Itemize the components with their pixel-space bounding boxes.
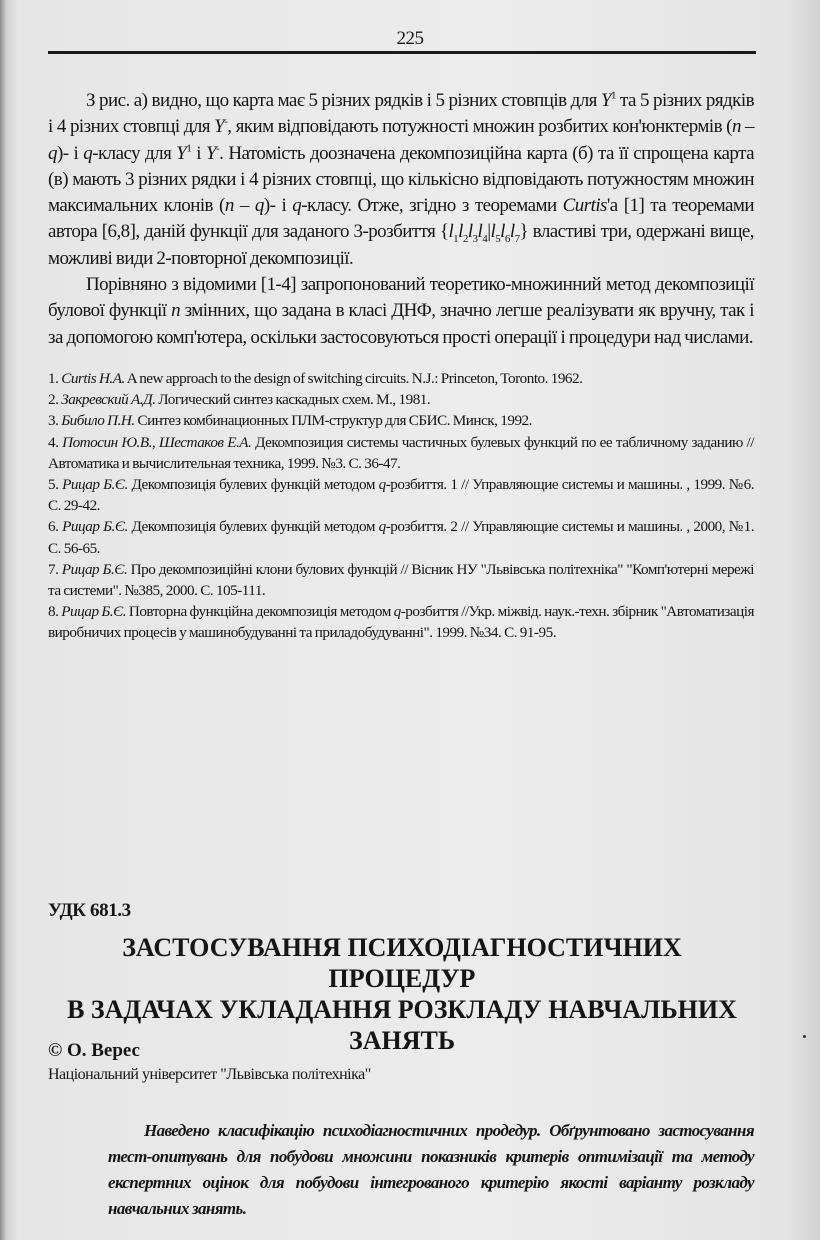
reference-item: 2. Закревский А.Д. Логический синтез кас… — [48, 389, 754, 410]
title-line-2: В ЗАДАЧАХ УКЛАДАННЯ РОЗКЛАДУ НАВЧАЛЬНИХ — [48, 994, 756, 1025]
reference-item: 5. Рицар Б.Є. Декомпозиція булевих функц… — [48, 474, 754, 516]
body-paragraph-2: Порівняно з відомими [1-4] запропоновани… — [48, 272, 754, 351]
body-paragraph-1: З рис. а) видно, що карта має 5 різних р… — [48, 88, 754, 272]
reference-author: Потосин Ю.В., Шестаков Е.А. — [62, 434, 251, 451]
reference-author: Curtis H.A. — [61, 370, 125, 387]
reference-author: Рицар Б.Є. — [61, 603, 126, 620]
page-number: 225 — [0, 28, 820, 50]
scanned-page: 225 З рис. а) видно, що карта має 5 різн… — [0, 0, 820, 1240]
reference-item: 7. Рицар Б.Є. Про декомпозиційні клони б… — [48, 559, 754, 601]
reference-author: Рицар Б.Є. — [62, 476, 128, 493]
reference-item: 1. Curtis H.A. A new approach to the des… — [48, 368, 754, 389]
article-abstract: Наведено класифікацію психодіагностичних… — [108, 1118, 754, 1222]
body-text: З рис. а) видно, що карта має 5 різних р… — [48, 88, 754, 351]
reference-item: 6. Рицар Б.Є. Декомпозиція булевих функц… — [48, 516, 754, 558]
reference-item: 3. Бибило П.Н. Синтез комбинационных ПЛМ… — [48, 410, 754, 431]
references-list: 1. Curtis H.A. A new approach to the des… — [48, 368, 754, 644]
reference-author: Бибило П.Н. — [61, 412, 135, 429]
article-author: © О. Верес — [48, 1040, 140, 1062]
reference-author: Рицар Б.Є. — [62, 561, 127, 578]
udk-code: УДК 681.3 — [48, 900, 131, 922]
header-rule — [48, 51, 756, 54]
reference-author: Закревский А.Д. — [61, 391, 155, 408]
author-affiliation: Національний університет "Львівська полі… — [48, 1066, 371, 1084]
reference-item: 8. Рицар Б.Є. Повторна функційна декомпо… — [48, 601, 754, 643]
title-line-3: ЗАНЯТЬ — [48, 1025, 756, 1056]
title-line-1: ЗАСТОСУВАННЯ ПСИХОДІАГНОСТИЧНИХ ПРОЦЕДУР — [48, 932, 756, 994]
scan-speck — [803, 1035, 806, 1038]
abstract-text: Наведено класифікацію психодіагностичних… — [108, 1118, 754, 1222]
reference-item: 4. Потосин Ю.В., Шестаков Е.А. Декомпози… — [48, 432, 754, 474]
reference-author: Рицар Б.Є. — [62, 518, 128, 535]
article-title: ЗАСТОСУВАННЯ ПСИХОДІАГНОСТИЧНИХ ПРОЦЕДУР… — [48, 932, 756, 1056]
